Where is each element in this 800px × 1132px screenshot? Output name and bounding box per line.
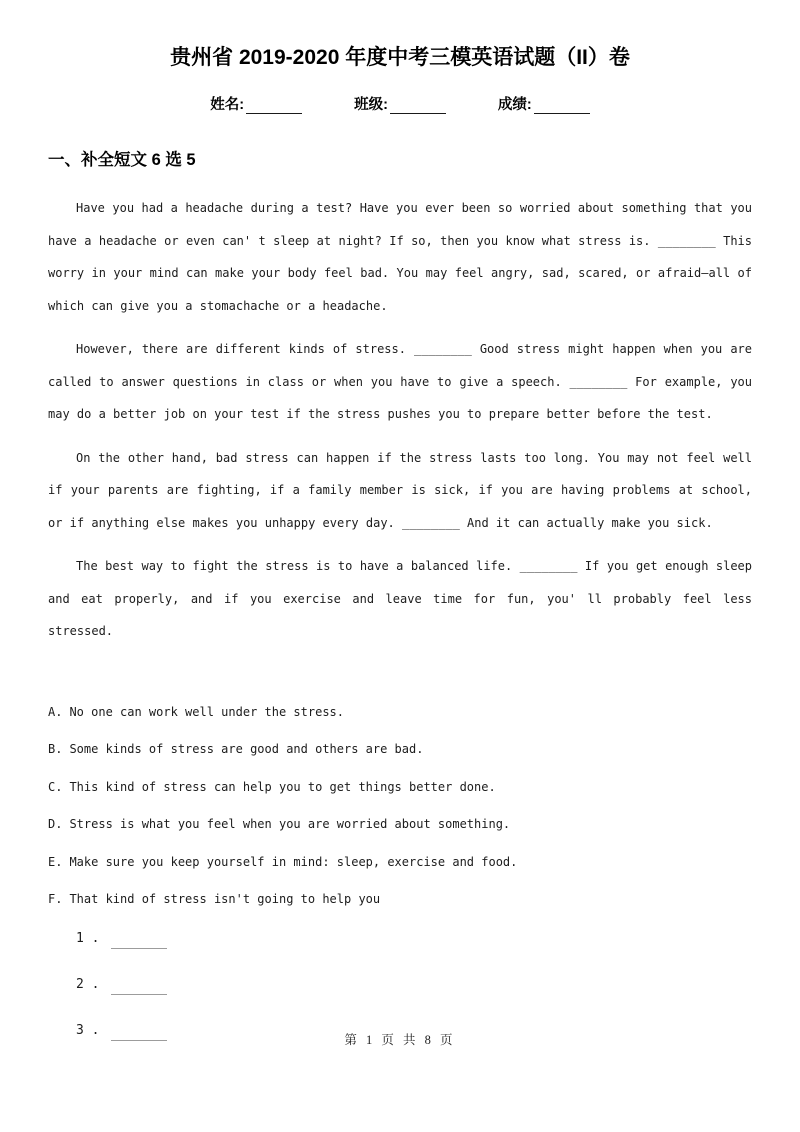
exam-document-page: 贵州省 2019-2020 年度中考三模英语试题（II）卷 姓名: 班级: 成绩… [0, 0, 800, 1132]
field-blank-line [390, 97, 446, 114]
option-label: B. [48, 742, 62, 756]
option-item: E.Make sure you keep yourself in mind: s… [48, 844, 752, 882]
page-title: 贵州省 2019-2020 年度中考三模英语试题（II）卷 [48, 44, 752, 72]
passage-paragraph: Have you had a headache during a test? H… [48, 192, 752, 322]
answer-number: 2 . [76, 975, 99, 995]
answer-item: 2 . [76, 975, 752, 995]
option-label: A. [48, 705, 62, 719]
option-label: C. [48, 780, 62, 794]
field-label: 班级: [354, 96, 388, 114]
answer-number: 1 . [76, 929, 99, 949]
option-label: D. [48, 817, 62, 831]
passage: Have you had a headache during a test? H… [48, 192, 752, 648]
option-item: F.That kind of stress isn't going to hel… [48, 881, 752, 919]
option-item: A.No one can work well under the stress. [48, 694, 752, 732]
page-footer: 第 1 页 共 8 页 [0, 1030, 800, 1048]
option-item: B.Some kinds of stress are good and othe… [48, 731, 752, 769]
option-text: Stress is what you feel when you are wor… [69, 817, 510, 831]
option-label: F. [48, 892, 62, 906]
option-label: E. [48, 855, 62, 869]
option-text: This kind of stress can help you to get … [69, 780, 495, 794]
option-text: That kind of stress isn't going to help … [69, 892, 380, 906]
field-blank-line [246, 97, 302, 114]
student-info-field: 姓名: [210, 96, 302, 114]
student-info-field: 班级: [354, 96, 446, 114]
answer-blank-line [111, 979, 167, 995]
answer-list: 1 . 2 . 3 . [76, 929, 752, 1041]
options-list: A.No one can work well under the stress.… [48, 694, 752, 919]
section-heading: 一、补全短文 6 选 5 [48, 146, 752, 170]
answer-item: 1 . [76, 929, 752, 949]
option-text: Make sure you keep yourself in mind: sle… [69, 855, 517, 869]
option-item: D.Stress is what you feel when you are w… [48, 806, 752, 844]
option-text: No one can work well under the stress. [69, 705, 344, 719]
option-text: Some kinds of stress are good and others… [69, 742, 423, 756]
option-item: C.This kind of stress can help you to ge… [48, 769, 752, 807]
student-info-row: 姓名: 班级: 成绩: [48, 96, 752, 114]
student-info-field: 成绩: [498, 96, 590, 114]
passage-paragraph: However, there are different kinds of st… [48, 333, 752, 431]
passage-paragraph: The best way to fight the stress is to h… [48, 550, 752, 648]
field-label: 成绩: [498, 96, 532, 114]
field-blank-line [534, 97, 590, 114]
answer-blank-line [111, 933, 167, 949]
field-label: 姓名: [210, 96, 244, 114]
passage-paragraph: On the other hand, bad stress can happen… [48, 442, 752, 540]
